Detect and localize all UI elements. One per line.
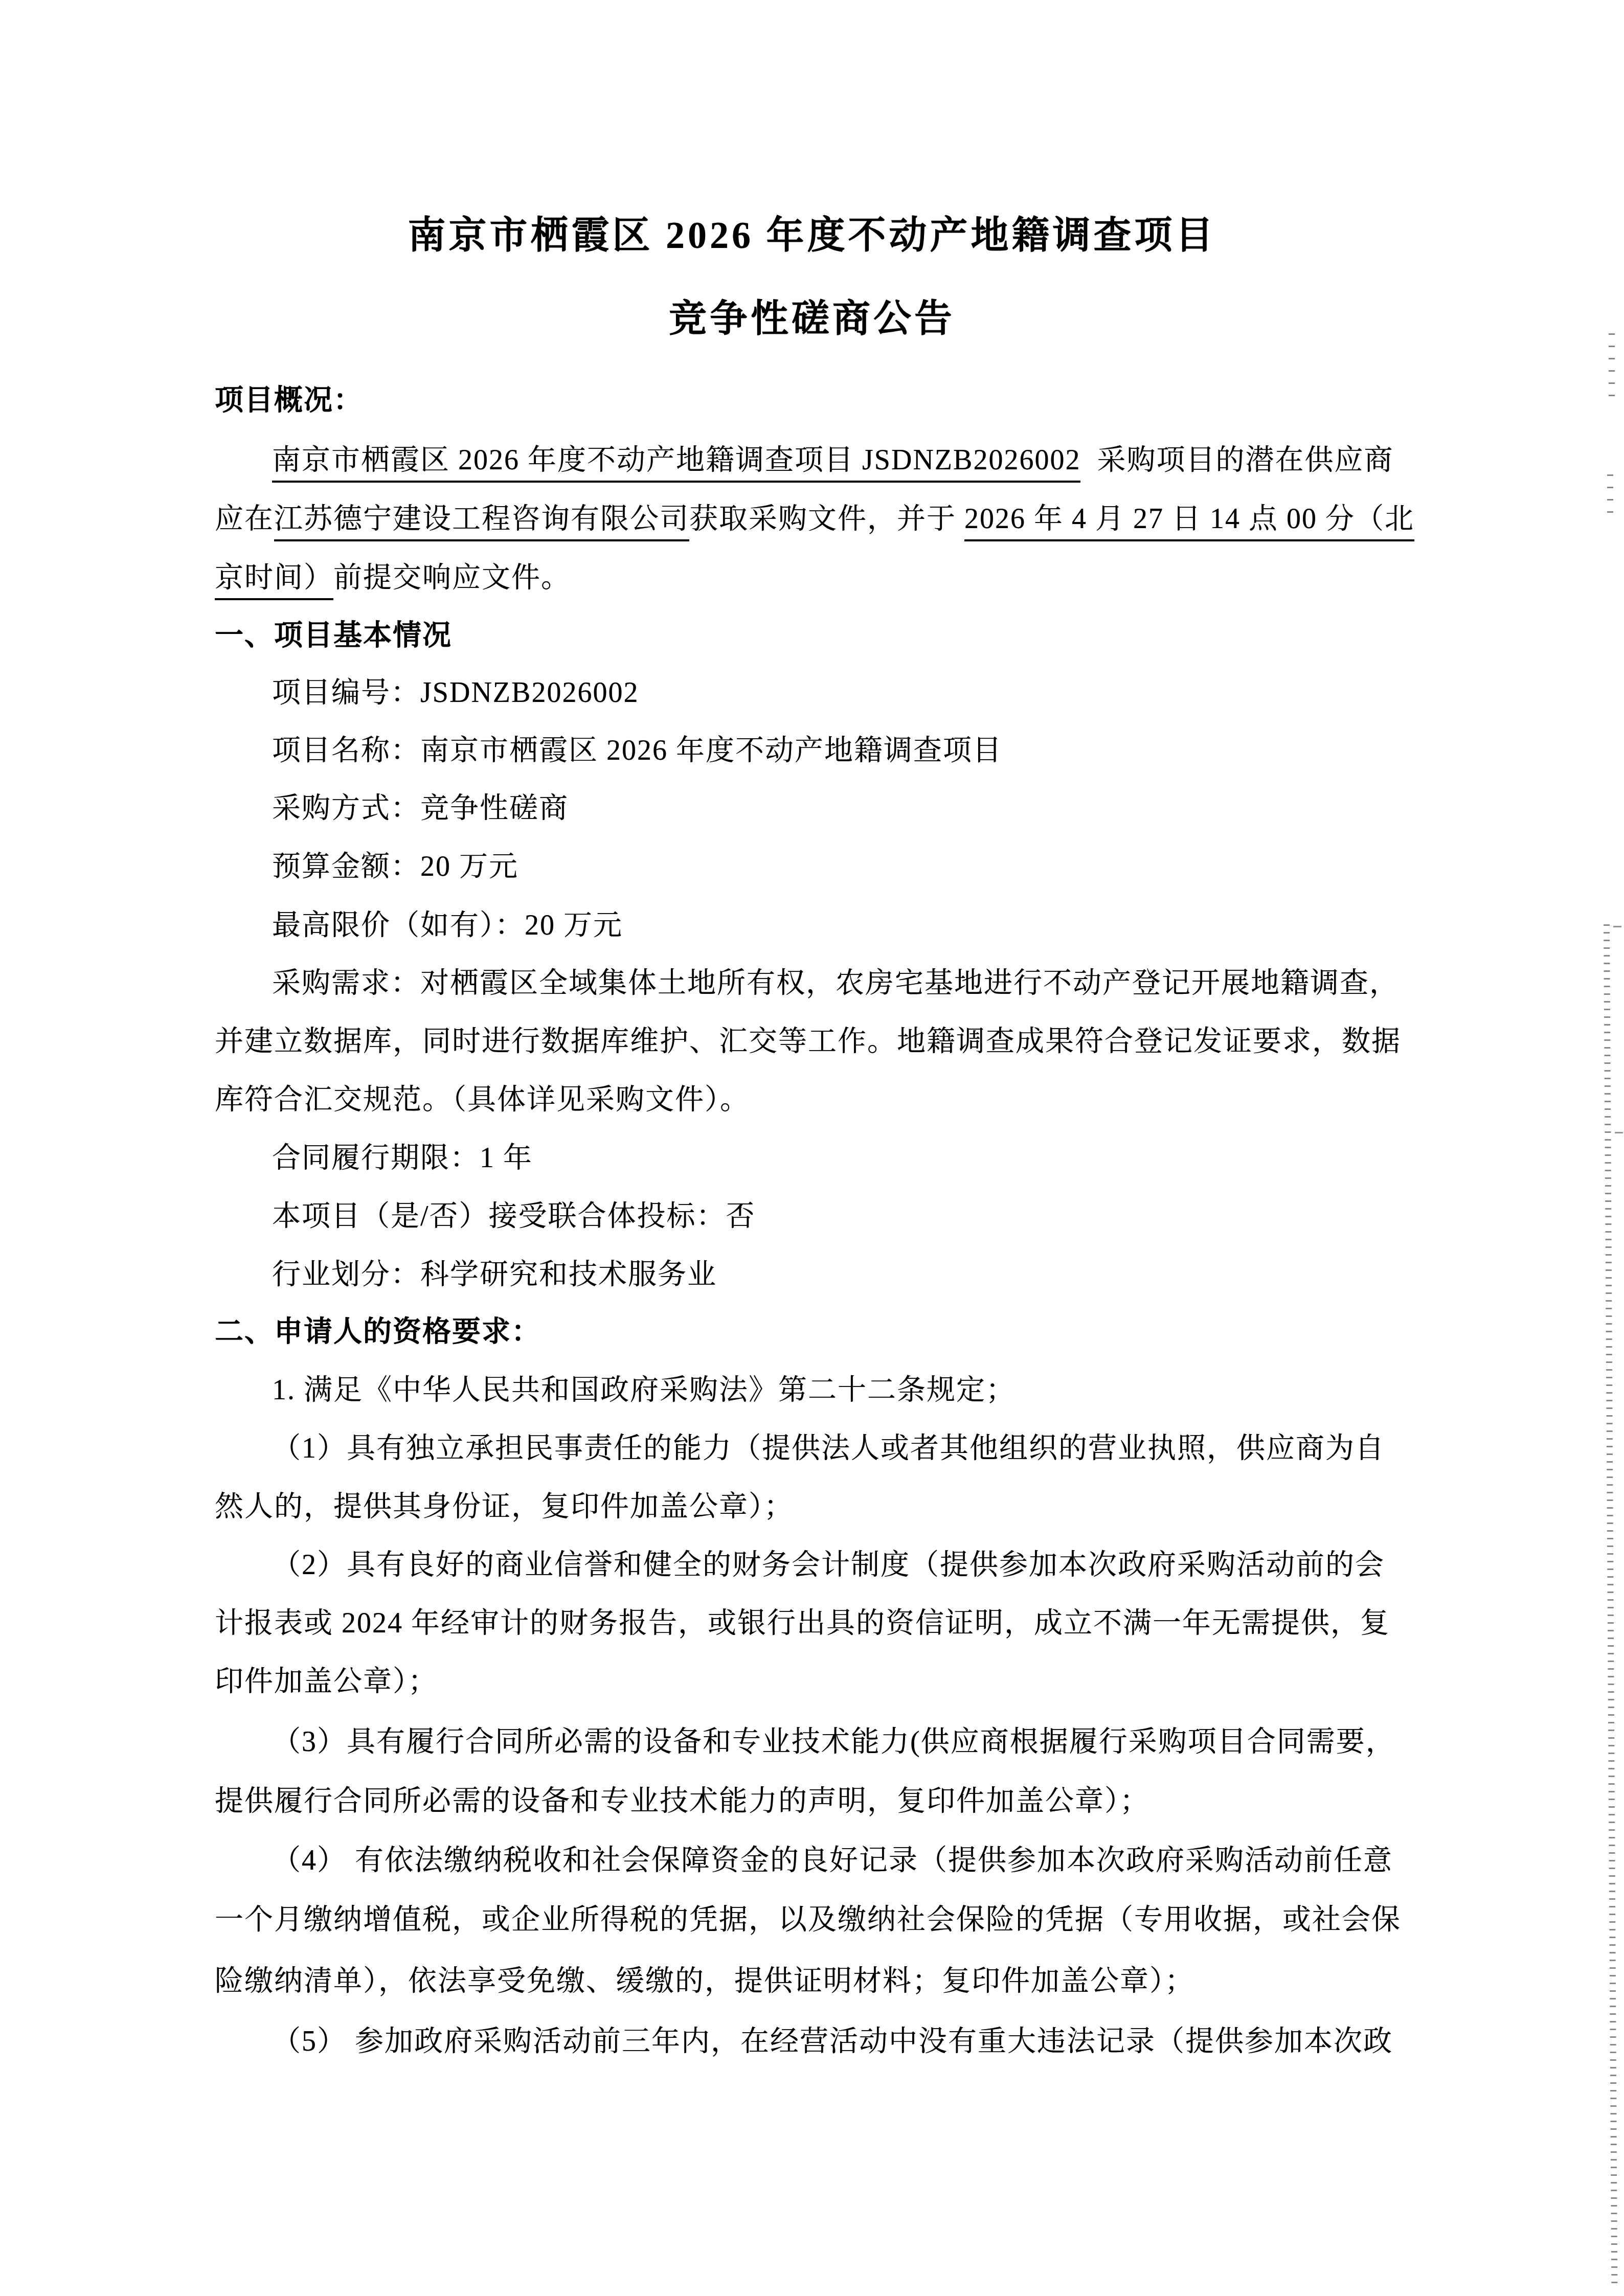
scan-artifact xyxy=(1609,333,1615,402)
text-segment: 项目编号：JSDNZB2026002 xyxy=(272,675,639,711)
doc-line: 然人的，提供其身份证，复印件加盖公章）； xyxy=(215,1489,794,1525)
text-segment: 一个月缴纳增值税，或企业所得税的凭据，以及缴纳社会保险的凭据（专用收据，或社会保 xyxy=(215,1902,1401,1938)
text-segment: 提供履行合同所必需的设备和专业技术能力的声明，复印件加盖公章）； xyxy=(215,1783,1149,1819)
text-segment: 一、项目基本情况 xyxy=(215,618,452,653)
text-segment: 前提交响应文件。 xyxy=(333,560,571,596)
text-segment: 险缴纳清单），依法享受免缴、缓缴的，提供证明材料；复印件加盖公章）； xyxy=(215,1963,1194,1999)
doc-line: 最高限价（如有）：20 万元 xyxy=(272,907,623,943)
text-segment: 采购需求：对栖霞区全域集体土地所有权，农房宅基地进行不动产登记开展地籍调查， xyxy=(272,965,1399,1001)
doc-title-line-2: 竞争性磋商公告 xyxy=(0,295,1624,343)
underlined-text: 南京市栖霞区 2026 年度不动产地籍调查项目 JSDNZB2026002 xyxy=(272,442,1080,483)
scan-artifact xyxy=(1613,926,1621,927)
text-segment: 计报表或 2024 年经审计的财务报告，或银行出具的资信证明，成立不满一年无需提… xyxy=(215,1605,1390,1641)
doc-line: 行业划分：科学研究和技术服务业 xyxy=(272,1257,717,1292)
text-segment: 行业划分：科学研究和技术服务业 xyxy=(272,1257,717,1292)
doc-line: 合同履行期限：1 年 xyxy=(272,1140,533,1176)
doc-line: 预算金额：20 万元 xyxy=(272,849,518,884)
text-segment: 然人的，提供其身份证，复印件加盖公章）； xyxy=(215,1489,794,1525)
underlined-text: 2026 年 4 月 27 日 14 点 00 分（北 xyxy=(964,501,1414,541)
doc-line: （4） 有依法缴纳税收和社会保障资金的良好记录（提供参加本次政府采购活动前任意 xyxy=(272,1843,1393,1878)
text-segment: 1. 满足《中华人民共和国政府采购法》第二十二条规定； xyxy=(272,1372,1016,1408)
text-segment: 南京市栖霞区 2026 年度不动产地籍调查项目 xyxy=(408,212,1216,260)
text-segment: 采购项目的潜在供应商 xyxy=(1080,442,1393,478)
doc-line: 1. 满足《中华人民共和国政府采购法》第二十二条规定； xyxy=(272,1372,1016,1408)
text-segment: 印件加盖公章）； xyxy=(215,1664,438,1699)
doc-line: 采购方式：竞争性磋商 xyxy=(272,790,569,826)
section-heading-1: 一、项目基本情况 xyxy=(215,618,452,653)
scan-artifact xyxy=(1615,1132,1623,1133)
section-heading-2: 二、申请人的资格要求： xyxy=(215,1314,541,1350)
text-segment: （3）具有履行合同所必需的设备和专业技术能力(供应商根据履行采购项目合同需要， xyxy=(272,1724,1395,1760)
underlined-text: 江苏德宁建设工程咨询有限公司 xyxy=(274,501,689,541)
text-segment: 库符合汇交规范。（具体详见采购文件）。 xyxy=(215,1082,750,1118)
text-segment: 二、申请人的资格要求： xyxy=(215,1314,541,1350)
text-segment: 项目名称：南京市栖霞区 2026 年度不动产地籍调查项目 xyxy=(272,733,1002,768)
document-page: 南京市栖霞区 2026 年度不动产地籍调查项目竞争性磋商公告项目概况：南京市栖霞… xyxy=(0,0,1624,2296)
doc-line: 提供履行合同所必需的设备和专业技术能力的声明，复印件加盖公章）； xyxy=(215,1783,1149,1819)
text-segment: （4） 有依法缴纳税收和社会保障资金的良好记录（提供参加本次政府采购活动前任意 xyxy=(272,1843,1393,1878)
text-segment: 最高限价（如有）：20 万元 xyxy=(272,907,623,943)
doc-line: （2）具有良好的商业信誉和健全的财务会计制度（提供参加本次政府采购活动前的会 xyxy=(272,1547,1385,1583)
text-segment: 采购方式：竞争性磋商 xyxy=(272,790,569,826)
doc-line: 库符合汇交规范。（具体详见采购文件）。 xyxy=(215,1082,750,1118)
scan-artifact xyxy=(1607,474,1613,523)
underlined-text: 京时间） xyxy=(215,560,333,600)
text-segment: 本项目（是/否）接受联合体投标：否 xyxy=(272,1198,756,1234)
doc-line: 并建立数据库，同时进行数据库维护、汇交等工作。地籍调查成果符合登记发证要求，数据 xyxy=(215,1024,1401,1059)
doc-line: 本项目（是/否）接受联合体投标：否 xyxy=(272,1198,756,1234)
doc-line: 一个月缴纳增值税，或企业所得税的凭据，以及缴纳社会保险的凭据（专用收据，或社会保 xyxy=(215,1902,1401,1938)
text-segment: 竞争性磋商公告 xyxy=(669,295,955,343)
doc-line: 应在江苏德宁建设工程咨询有限公司获取采购文件，并于 2026 年 4 月 27 … xyxy=(215,501,1414,541)
doc-line: （1）具有独立承担民事责任的能力（提供法人或者其他组织的营业执照，供应商为自 xyxy=(272,1430,1385,1466)
doc-line: 采购需求：对栖霞区全域集体土地所有权，农房宅基地进行不动产登记开展地籍调查， xyxy=(272,965,1399,1001)
text-segment: 预算金额：20 万元 xyxy=(272,849,518,884)
doc-line: 项目编号：JSDNZB2026002 xyxy=(272,675,639,711)
doc-line: （5） 参加政府采购活动前三年内，在经营活动中没有重大违法记录（提供参加本次政 xyxy=(272,2024,1393,2059)
text-segment: （5） 参加政府采购活动前三年内，在经营活动中没有重大违法记录（提供参加本次政 xyxy=(272,2024,1393,2059)
doc-line: 京时间）前提交响应文件。 xyxy=(215,560,571,600)
section-heading-overview: 项目概况： xyxy=(215,382,363,418)
doc-line: 项目名称：南京市栖霞区 2026 年度不动产地籍调查项目 xyxy=(272,733,1002,768)
doc-line: 印件加盖公章）； xyxy=(215,1664,438,1699)
text-segment: 并建立数据库，同时进行数据库维护、汇交等工作。地籍调查成果符合登记发证要求，数据 xyxy=(215,1024,1401,1059)
doc-line: 险缴纳清单），依法享受免缴、缓缴的，提供证明材料；复印件加盖公章）； xyxy=(215,1963,1194,1999)
text-segment: 项目概况： xyxy=(215,382,363,418)
text-segment: （1）具有独立承担民事责任的能力（提供法人或者其他组织的营业执照，供应商为自 xyxy=(272,1430,1385,1466)
doc-title-line-1: 南京市栖霞区 2026 年度不动产地籍调查项目 xyxy=(0,212,1624,260)
text-segment: 合同履行期限：1 年 xyxy=(272,1140,533,1176)
doc-line: 计报表或 2024 年经审计的财务报告，或银行出具的资信证明，成立不满一年无需提… xyxy=(215,1605,1390,1641)
text-segment: 应在 xyxy=(215,501,274,537)
text-segment: （2）具有良好的商业信誉和健全的财务会计制度（提供参加本次政府采购活动前的会 xyxy=(272,1547,1385,1583)
text-segment: 获取采购文件，并于 xyxy=(689,501,964,537)
doc-line: 南京市栖霞区 2026 年度不动产地籍调查项目 JSDNZB2026002 采购… xyxy=(272,442,1393,483)
doc-line: （3）具有履行合同所必需的设备和专业技术能力(供应商根据履行采购项目合同需要， xyxy=(272,1724,1395,1760)
